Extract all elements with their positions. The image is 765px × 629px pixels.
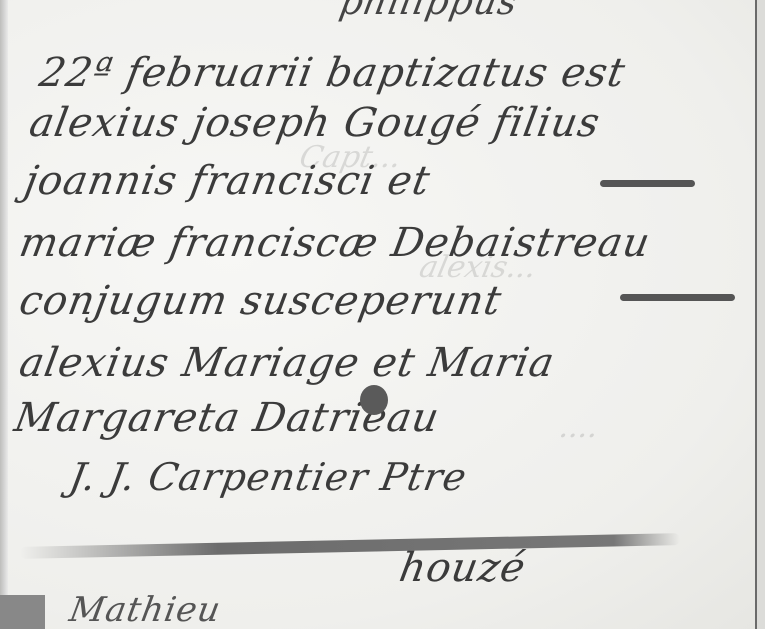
document-page: Capt... alexis... .... philippus 22ª feb… (0, 0, 765, 629)
top-fragment-text: philippus (336, 0, 521, 23)
record-line-5: conjugum susceperunt (16, 278, 505, 324)
record-line-1: 22ª februarii baptizatus est (36, 50, 629, 96)
priest-signature: J. J. Carpentier Ptre (66, 455, 470, 499)
record-line-4: mariæ franciscæ Debaistreau (16, 220, 654, 266)
separator-ink-stroke (20, 533, 680, 559)
bottom-fragment-text: Mathieu (66, 590, 224, 629)
page-corner-shadow (0, 595, 45, 629)
page-right-margin (757, 0, 765, 629)
record-line-6: alexius Mariage et Maria (16, 340, 558, 386)
line-filler-stroke (620, 294, 735, 301)
page-left-edge (0, 0, 8, 629)
record-line-2: alexius joseph Gougé filius (26, 100, 604, 146)
parent-signature: houzé (396, 545, 529, 591)
line-filler-stroke (600, 180, 695, 187)
page-right-edge-line (755, 0, 757, 629)
bleed-through-text: .... (556, 410, 602, 445)
ink-blot (360, 385, 388, 415)
record-line-3: joannis francisci et (21, 158, 434, 204)
